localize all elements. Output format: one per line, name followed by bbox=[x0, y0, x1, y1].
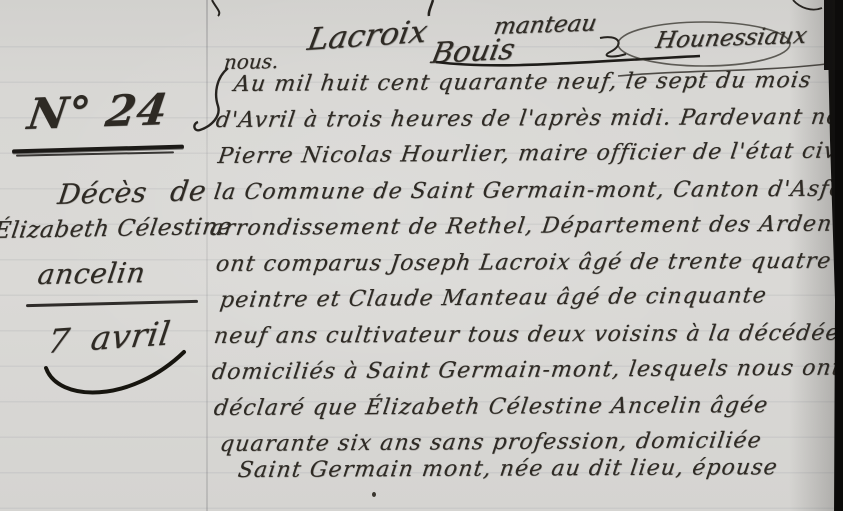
signature-manteau-squiggle bbox=[600, 37, 626, 56]
margin-date: 7 avril bbox=[45, 314, 173, 361]
scanned-death-record-page: N° 24 Décès de Élizabeth Célestine ancel… bbox=[0, 0, 843, 511]
body-line: domiciliés à Saint Germain-mont, lesquel… bbox=[210, 356, 843, 385]
body-line: Saint Germain mont, née au dit lieu, épo… bbox=[236, 455, 779, 483]
margin-title-deces-de: Décès de bbox=[56, 174, 209, 211]
margin-decedent-name: Élizabeth Célestine bbox=[0, 214, 234, 244]
signature-hounessiaux: Hounessiaux bbox=[654, 23, 809, 54]
body-line: ont comparus Joseph Lacroix âgé de trent… bbox=[214, 249, 833, 277]
previous-act-fragment: nous. bbox=[223, 49, 280, 74]
margin-fold-crease bbox=[206, 0, 208, 511]
ink-blot bbox=[372, 492, 376, 497]
page-curvature-shadow bbox=[789, 0, 835, 511]
body-line: peintre et Claude Manteau âgé de cinquan… bbox=[218, 283, 768, 313]
margin-divider-rule bbox=[26, 300, 198, 307]
signature-manteau: manteau bbox=[492, 10, 599, 40]
body-line: Au mil huit cent quarante neuf, le sept … bbox=[232, 68, 813, 97]
body-line: arrondissement de Rethel, Département de… bbox=[208, 211, 843, 241]
body-line: neuf ans cultivateur tous deux voisins à… bbox=[212, 321, 841, 349]
body-line: déclaré que Élizabeth Célestine Ancelin … bbox=[212, 393, 770, 421]
top-cutoff-stroke-1 bbox=[212, 0, 219, 16]
body-line: d'Avril à trois heures de l'après midi. … bbox=[214, 104, 843, 133]
act-number: N° 24 bbox=[24, 85, 170, 140]
body-line: quarante six ans sans profession, domici… bbox=[218, 428, 763, 457]
signature-lacroix: Lacroix bbox=[305, 14, 431, 58]
body-line: Pierre Nicolas Hourlier, maire officier … bbox=[216, 138, 843, 169]
margin-decedent-surname: ancelin bbox=[36, 256, 148, 291]
body-line: la Commune de Saint Germain-mont, Canton… bbox=[212, 177, 843, 205]
